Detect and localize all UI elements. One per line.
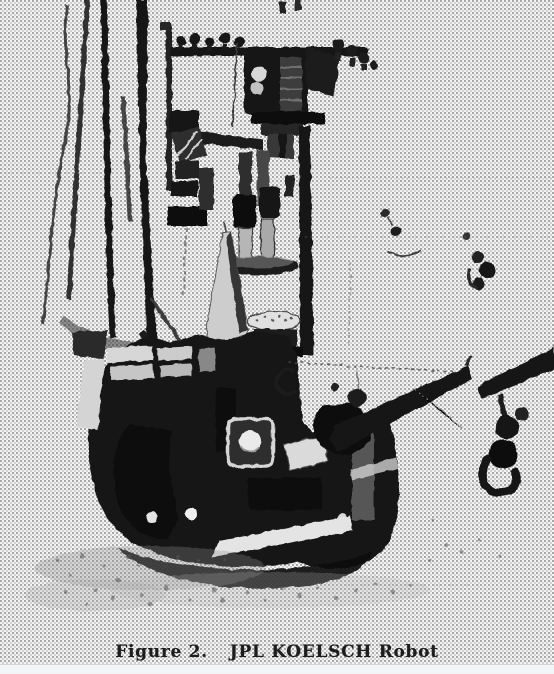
caption-figure-title: JPL KOELSCH Robot bbox=[230, 642, 439, 662]
antenna-knobs-right bbox=[332, 39, 379, 71]
camera-lens-upper bbox=[252, 67, 267, 82]
caption-figure-label: Figure 2. bbox=[115, 642, 208, 662]
debris-specks bbox=[381, 209, 495, 290]
gripper bbox=[483, 394, 529, 492]
hanging-cables bbox=[43, 0, 158, 358]
manipulator-arm bbox=[277, 345, 554, 455]
figure-caption: Figure 2.JPL KOELSCH Robot bbox=[0, 642, 554, 662]
boom-segment-outer bbox=[477, 345, 554, 399]
page-bottom-margin bbox=[0, 664, 554, 674]
scanned-page: Figure 2.JPL KOELSCH Robot bbox=[0, 0, 554, 674]
collar-bowl bbox=[248, 312, 300, 331]
camera-lens-lower bbox=[251, 82, 264, 95]
figure-photo bbox=[0, 0, 554, 636]
robot-photo-illustration bbox=[0, 0, 554, 636]
mast-pole bbox=[299, 126, 314, 355]
mast-and-legs bbox=[206, 126, 351, 357]
